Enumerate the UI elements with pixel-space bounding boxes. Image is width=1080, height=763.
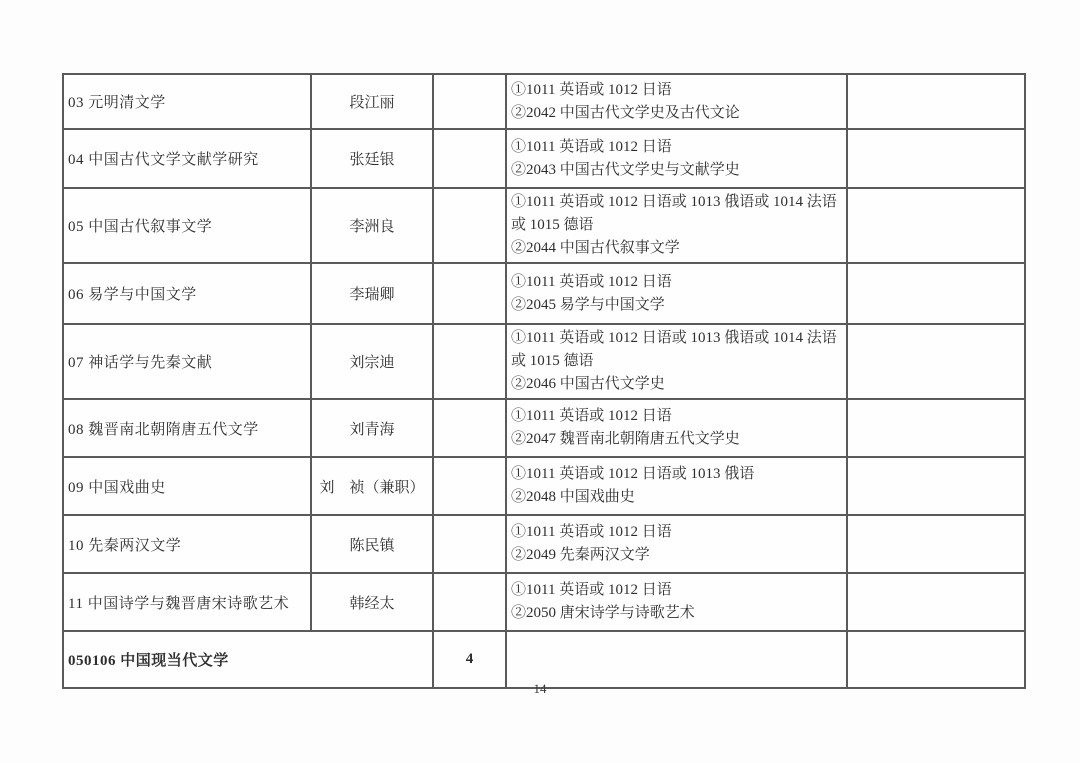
research-direction: 03 元明清文学: [63, 74, 311, 129]
quota-cell: [433, 129, 506, 188]
exam-line: ②2045 易学与中国文学: [511, 294, 842, 317]
research-direction: 08 魏晋南北朝隋唐五代文学: [63, 399, 311, 457]
exam-subjects: ①1011 英语或 1012 日语 ②2049 先秦两汉文学: [506, 515, 847, 573]
table-row: 09 中国戏曲史 刘 祯（兼职） ①1011 英语或 1012 日语或 1013…: [63, 457, 1025, 515]
remarks-cell: [847, 74, 1025, 129]
section-header-row: 050106 中国现当代文学 4: [63, 631, 1025, 688]
exam-line: ②2048 中国戏曲史: [511, 486, 842, 509]
quota-cell: [433, 573, 506, 631]
major-code-and-name: 050106 中国现当代文学: [63, 631, 433, 688]
exam-line: 或 1015 德语: [511, 214, 842, 237]
remarks-cell: [847, 399, 1025, 457]
enrollment-quota: 4: [433, 631, 506, 688]
quota-cell: [433, 399, 506, 457]
table-row: 06 易学与中国文学 李瑞卿 ①1011 英语或 1012 日语 ②2045 易…: [63, 263, 1025, 324]
exam-line: ②2047 魏晋南北朝隋唐五代文学史: [511, 428, 842, 451]
exam-subjects: ①1011 英语或 1012 日语或 1013 俄语或 1014 法语 或 10…: [506, 324, 847, 399]
exam-line: ①1011 英语或 1012 日语: [511, 136, 842, 159]
research-direction: 04 中国古代文学文献学研究: [63, 129, 311, 188]
table-row: 08 魏晋南北朝隋唐五代文学 刘青海 ①1011 英语或 1012 日语 ②20…: [63, 399, 1025, 457]
exam-line: ①1011 英语或 1012 日语: [511, 579, 842, 602]
advisor-name: 李瑞卿: [311, 263, 433, 324]
exam-line: ①1011 英语或 1012 日语: [511, 405, 842, 428]
quota-cell: [433, 263, 506, 324]
exam-subjects: ①1011 英语或 1012 日语 ②2050 唐宋诗学与诗歌艺术: [506, 573, 847, 631]
remarks-cell: [847, 631, 1025, 688]
advisor-name: 李洲良: [311, 188, 433, 263]
quota-cell: [433, 457, 506, 515]
exam-subjects: ①1011 英语或 1012 日语 ②2043 中国古代文学史与文献学史: [506, 129, 847, 188]
exam-line: ①1011 英语或 1012 日语或 1013 俄语或 1014 法语: [511, 327, 842, 350]
advisor-name: 陈民镇: [311, 515, 433, 573]
advisor-name: 韩经太: [311, 573, 433, 631]
exam-line: ②2043 中国古代文学史与文献学史: [511, 159, 842, 182]
table-row: 11 中国诗学与魏晋唐宋诗歌艺术 韩经太 ①1011 英语或 1012 日语 ②…: [63, 573, 1025, 631]
advisor-name: 刘青海: [311, 399, 433, 457]
admissions-catalog-table: 03 元明清文学 段江丽 ①1011 英语或 1012 日语 ②2042 中国古…: [62, 73, 1026, 689]
remarks-cell: [847, 515, 1025, 573]
advisor-name: 刘 祯（兼职）: [311, 457, 433, 515]
document-page: 03 元明清文学 段江丽 ①1011 英语或 1012 日语 ②2042 中国古…: [0, 0, 1080, 763]
table-row: 03 元明清文学 段江丽 ①1011 英语或 1012 日语 ②2042 中国古…: [63, 74, 1025, 129]
advisor-name: 张廷银: [311, 129, 433, 188]
exam-line: 或 1015 德语: [511, 350, 842, 373]
exam-line: ①1011 英语或 1012 日语: [511, 271, 842, 294]
exam-line: ②2046 中国古代文学史: [511, 373, 842, 396]
table-row: 05 中国古代叙事文学 李洲良 ①1011 英语或 1012 日语或 1013 …: [63, 188, 1025, 263]
table-row: 07 神话学与先秦文献 刘宗迪 ①1011 英语或 1012 日语或 1013 …: [63, 324, 1025, 399]
advisor-name: 刘宗迪: [311, 324, 433, 399]
exam-line: ②2044 中国古代叙事文学: [511, 237, 842, 260]
remarks-cell: [847, 129, 1025, 188]
page-number: 14: [0, 681, 1080, 697]
research-direction: 07 神话学与先秦文献: [63, 324, 311, 399]
advisor-name: 段江丽: [311, 74, 433, 129]
exam-subjects: ①1011 英语或 1012 日语 ②2045 易学与中国文学: [506, 263, 847, 324]
remarks-cell: [847, 263, 1025, 324]
quota-cell: [433, 324, 506, 399]
table-row: 10 先秦两汉文学 陈民镇 ①1011 英语或 1012 日语 ②2049 先秦…: [63, 515, 1025, 573]
exam-line: ②2042 中国古代文学史及古代文论: [511, 102, 842, 125]
exam-line: ①1011 英语或 1012 日语或 1013 俄语或 1014 法语: [511, 191, 842, 214]
research-direction: 05 中国古代叙事文学: [63, 188, 311, 263]
remarks-cell: [847, 457, 1025, 515]
exam-line: ①1011 英语或 1012 日语: [511, 521, 842, 544]
exam-subjects: ①1011 英语或 1012 日语或 1013 俄语 ②2048 中国戏曲史: [506, 457, 847, 515]
quota-cell: [433, 74, 506, 129]
exam-line: ②2049 先秦两汉文学: [511, 544, 842, 567]
quota-cell: [433, 188, 506, 263]
exam-line: ①1011 英语或 1012 日语或 1013 俄语: [511, 463, 842, 486]
remarks-cell: [847, 573, 1025, 631]
research-direction: 10 先秦两汉文学: [63, 515, 311, 573]
table-row: 04 中国古代文学文献学研究 张廷银 ①1011 英语或 1012 日语 ②20…: [63, 129, 1025, 188]
exam-subjects: ①1011 英语或 1012 日语 ②2042 中国古代文学史及古代文论: [506, 74, 847, 129]
exam-subjects: [506, 631, 847, 688]
research-direction: 09 中国戏曲史: [63, 457, 311, 515]
exam-subjects: ①1011 英语或 1012 日语或 1013 俄语或 1014 法语 或 10…: [506, 188, 847, 263]
quota-cell: [433, 515, 506, 573]
exam-subjects: ①1011 英语或 1012 日语 ②2047 魏晋南北朝隋唐五代文学史: [506, 399, 847, 457]
research-direction: 06 易学与中国文学: [63, 263, 311, 324]
remarks-cell: [847, 188, 1025, 263]
remarks-cell: [847, 324, 1025, 399]
exam-line: ②2050 唐宋诗学与诗歌艺术: [511, 602, 842, 625]
exam-line: ①1011 英语或 1012 日语: [511, 79, 842, 102]
research-direction: 11 中国诗学与魏晋唐宋诗歌艺术: [63, 573, 311, 631]
